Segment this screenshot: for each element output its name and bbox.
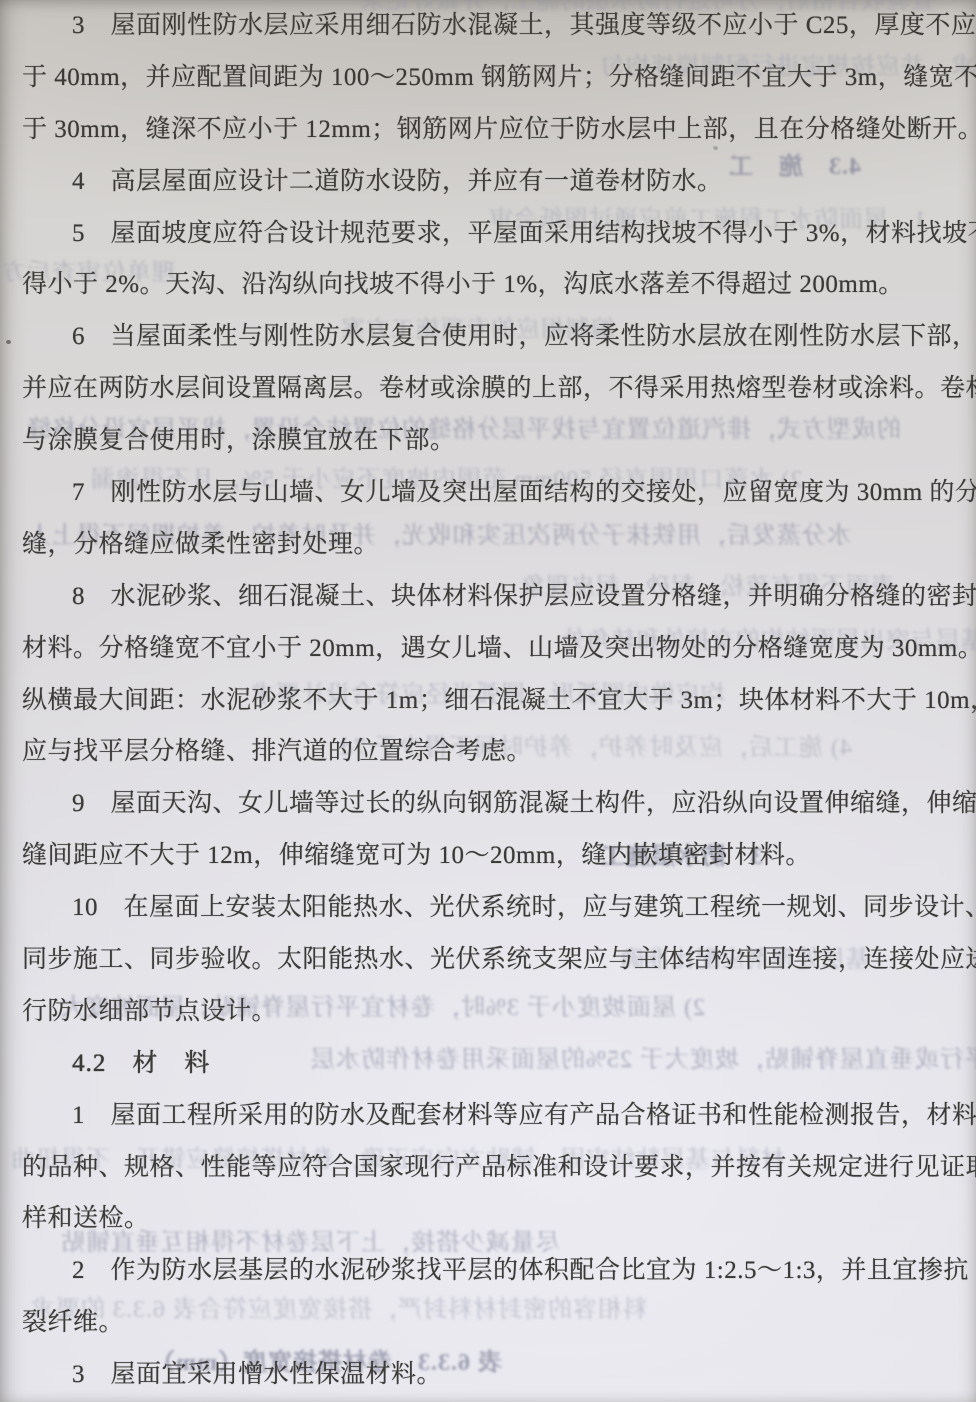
text-line: 的品种、规格、性能等应符合国家现行产品标准和设计要求，并按有关规定进行见证取 [22, 1142, 952, 1194]
text-line: 应与找平层分格缝、排汽道的位置综合考虑。 [22, 726, 952, 778]
text-line: 同步施工、同步验收。太阳能热水、光伏系统支架应与主体结构牢固连接，连接处应进 [22, 934, 952, 986]
text-line: 7 刚性防水层与山墙、女儿墙及突出屋面结构的交接处，应留宽度为 30mm 的分格 [22, 467, 952, 519]
scan-speck [6, 340, 11, 344]
scanned-document-page: 查验收合格后，方可进行防水层的施工，并做好记录 要求，并应按规定进行配制搅拌均匀… [0, 0, 976, 1402]
text-line: 缝，分格缝应做柔性密封处理。 [22, 519, 952, 571]
text-line: 纵横最大间距：水泥砂浆不大于 1m；细石混凝土不宜大于 3m；块体材料不大于 1… [22, 675, 952, 727]
text-line: 行防水细部节点设计。 [22, 986, 952, 1038]
text-line: 2 作为防水层基层的水泥砂浆找平层的体积配合比宜为 1:2.5～1:3，并且宜掺… [22, 1245, 952, 1297]
text-line: 材料。分格缝宽不宜小于 20mm，遇女儿墙、山墙及突出物处的分格缝宽度为 30m… [22, 623, 952, 675]
text-line: 1 屋面工程所采用的防水及配套材料等应有产品合格证书和性能检测报告，材料 [22, 1090, 952, 1142]
text-line: 缝间距应不大于 12m，伸缩缝宽可为 10～20mm，缝内嵌填密封材料。 [22, 830, 952, 882]
text-line: 6 当屋面柔性与刚性防水层复合使用时，应将柔性防水层放在刚性防水层下部， [22, 311, 952, 363]
section-heading-line: 4.2 材 料 [22, 1038, 952, 1090]
text-line: 得小于 2%。天沟、沿沟纵向找坡不得小于 1%，沟底水落差不得超过 200mm。 [22, 259, 952, 311]
text-line: 8 水泥砂浆、细石混凝土、块体材料保护层应设置分格缝，并明确分格缝的密封 [22, 571, 952, 623]
page-text: 3 屋面刚性防水层应采用细石防水混凝土，其强度等级不应小于 C25，厚度不应小 … [22, 0, 952, 1401]
text-line: 10 在屋面上安装太阳能热水、光伏系统时，应与建筑工程统一规划、同步设计、 [22, 882, 952, 934]
text-line: 并应在两防水层间设置隔离层。卷材或涂膜的上部，不得采用热熔型卷材或涂料。卷材 [22, 363, 952, 415]
text-line: 9 屋面天沟、女儿墙等过长的纵向钢筋混凝土构件，应沿纵向设置伸缩缝，伸缩 [22, 778, 952, 830]
text-line: 3 屋面宜采用憎水性保温材料。 [22, 1349, 952, 1401]
text-line: 与涂膜复合使用时，涂膜宜放在下部。 [22, 415, 952, 467]
text-line: 裂纤维。 [22, 1297, 952, 1349]
text-line: 3 屋面刚性防水层应采用细石防水混凝土，其强度等级不应小于 C25，厚度不应小 [22, 0, 952, 52]
text-line: 于 30mm，缝深不应小于 12mm；钢筋网片应位于防水层中上部，且在分格缝处断… [22, 104, 952, 156]
text-line: 样和送检。 [22, 1193, 952, 1245]
text-line: 5 屋面坡度应符合设计规范要求，平屋面采用结构找坡不得小于 3%，材料找坡不 [22, 208, 952, 260]
text-line: 4 高层屋面应设计二道防水设防，并应有一道卷材防水。 [22, 156, 952, 208]
text-line: 于 40mm，并应配置间距为 100～250mm 钢筋网片；分格缝间距不宜大于 … [22, 52, 952, 104]
